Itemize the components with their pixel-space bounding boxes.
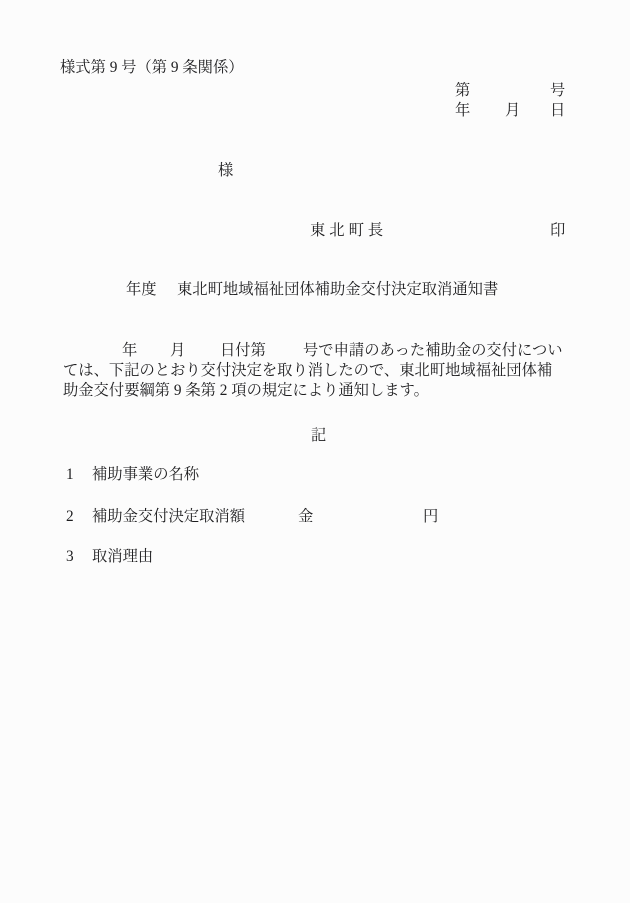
item-2-label: 補助金交付決定取消額: [92, 508, 245, 526]
body-line3: 助金交付要綱第 9 条第 2 項の規定により通知します。: [63, 382, 429, 400]
doc-number-suffix-label: 号: [550, 82, 565, 100]
doc-title-main: 東北町地域福祉団体補助金交付決定取消通知書: [177, 281, 498, 299]
addressee-honorific: 様: [218, 162, 233, 180]
issuer-title: 東北町長: [310, 222, 387, 240]
form-number-note: 様式第 9 号（第 9 条関係）: [60, 59, 244, 77]
date-day-label: 日: [550, 102, 565, 120]
body-line2: ては、下記のとおり交付決定を取り消したので、東北町地域福祉団体補: [63, 362, 552, 380]
item-2-number: 2: [66, 508, 74, 526]
body-line1-day-prefix: 日付第: [220, 342, 266, 360]
date-year-label: 年: [455, 102, 470, 120]
record-marker: 記: [311, 427, 326, 445]
item-3-number: 3: [66, 548, 74, 566]
body-line1-month-label: 月: [170, 342, 185, 360]
doc-title-fiscal-year-label: 年度: [126, 281, 157, 299]
item-2-amount-prefix: 金: [298, 508, 313, 526]
item-2-amount-unit: 円: [423, 508, 438, 526]
item-3-label: 取消理由: [92, 548, 153, 566]
body-line1-rest: 号で申請のあった補助金の交付につい: [303, 342, 563, 360]
date-month-label: 月: [505, 102, 520, 120]
doc-number-prefix-label: 第: [455, 82, 470, 100]
item-1-label: 補助事業の名称: [92, 466, 199, 484]
document-page: 様式第 9 号（第 9 条関係） 第 号 年 月 日 様 東北町長 印 年度 東…: [0, 0, 630, 903]
issuer-seal-mark: 印: [550, 222, 565, 240]
item-1-number: 1: [66, 466, 74, 484]
body-line1-year-label: 年: [122, 342, 137, 360]
